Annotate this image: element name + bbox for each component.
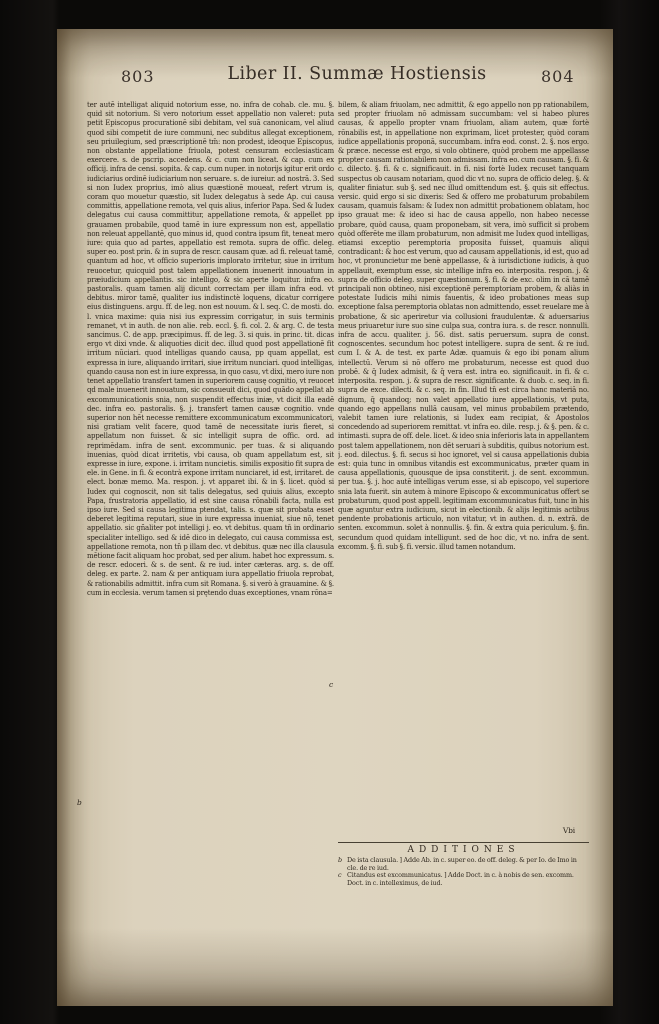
running-title: Liber II. Summæ Hostiensis (187, 64, 527, 84)
page-number-left: 803 (121, 67, 155, 86)
additiones-marker: b (338, 857, 347, 872)
additiones-item: c Citandus est excommunicatus. ] Adde Do… (338, 872, 589, 887)
column-left-text: ter autē intelligat aliquid notorium ess… (87, 101, 334, 597)
additiones-heading: ADDITIONES (338, 846, 589, 855)
column-right-text: bilem, & aliam friuolam, nec admittit, &… (338, 101, 589, 823)
page-number-right: 804 (541, 67, 575, 86)
marginal-letter-b: b (77, 798, 82, 807)
additiones-marker: c (338, 872, 347, 887)
marginal-letter-c: c (329, 680, 333, 689)
additiones-item-text: Citandus est excommunicatus. ] Adde Doct… (347, 872, 589, 887)
text-column-right: bilem, & aliam friuolam, nec admittit, &… (338, 101, 589, 1001)
catchword: Vbi (338, 826, 589, 835)
additiones-divider (338, 842, 589, 843)
text-column-left: ter autē intelligat aliquid notorium ess… (87, 101, 334, 889)
book-page: 803 Liber II. Summæ Hostiensis 804 ter a… (57, 29, 613, 1006)
